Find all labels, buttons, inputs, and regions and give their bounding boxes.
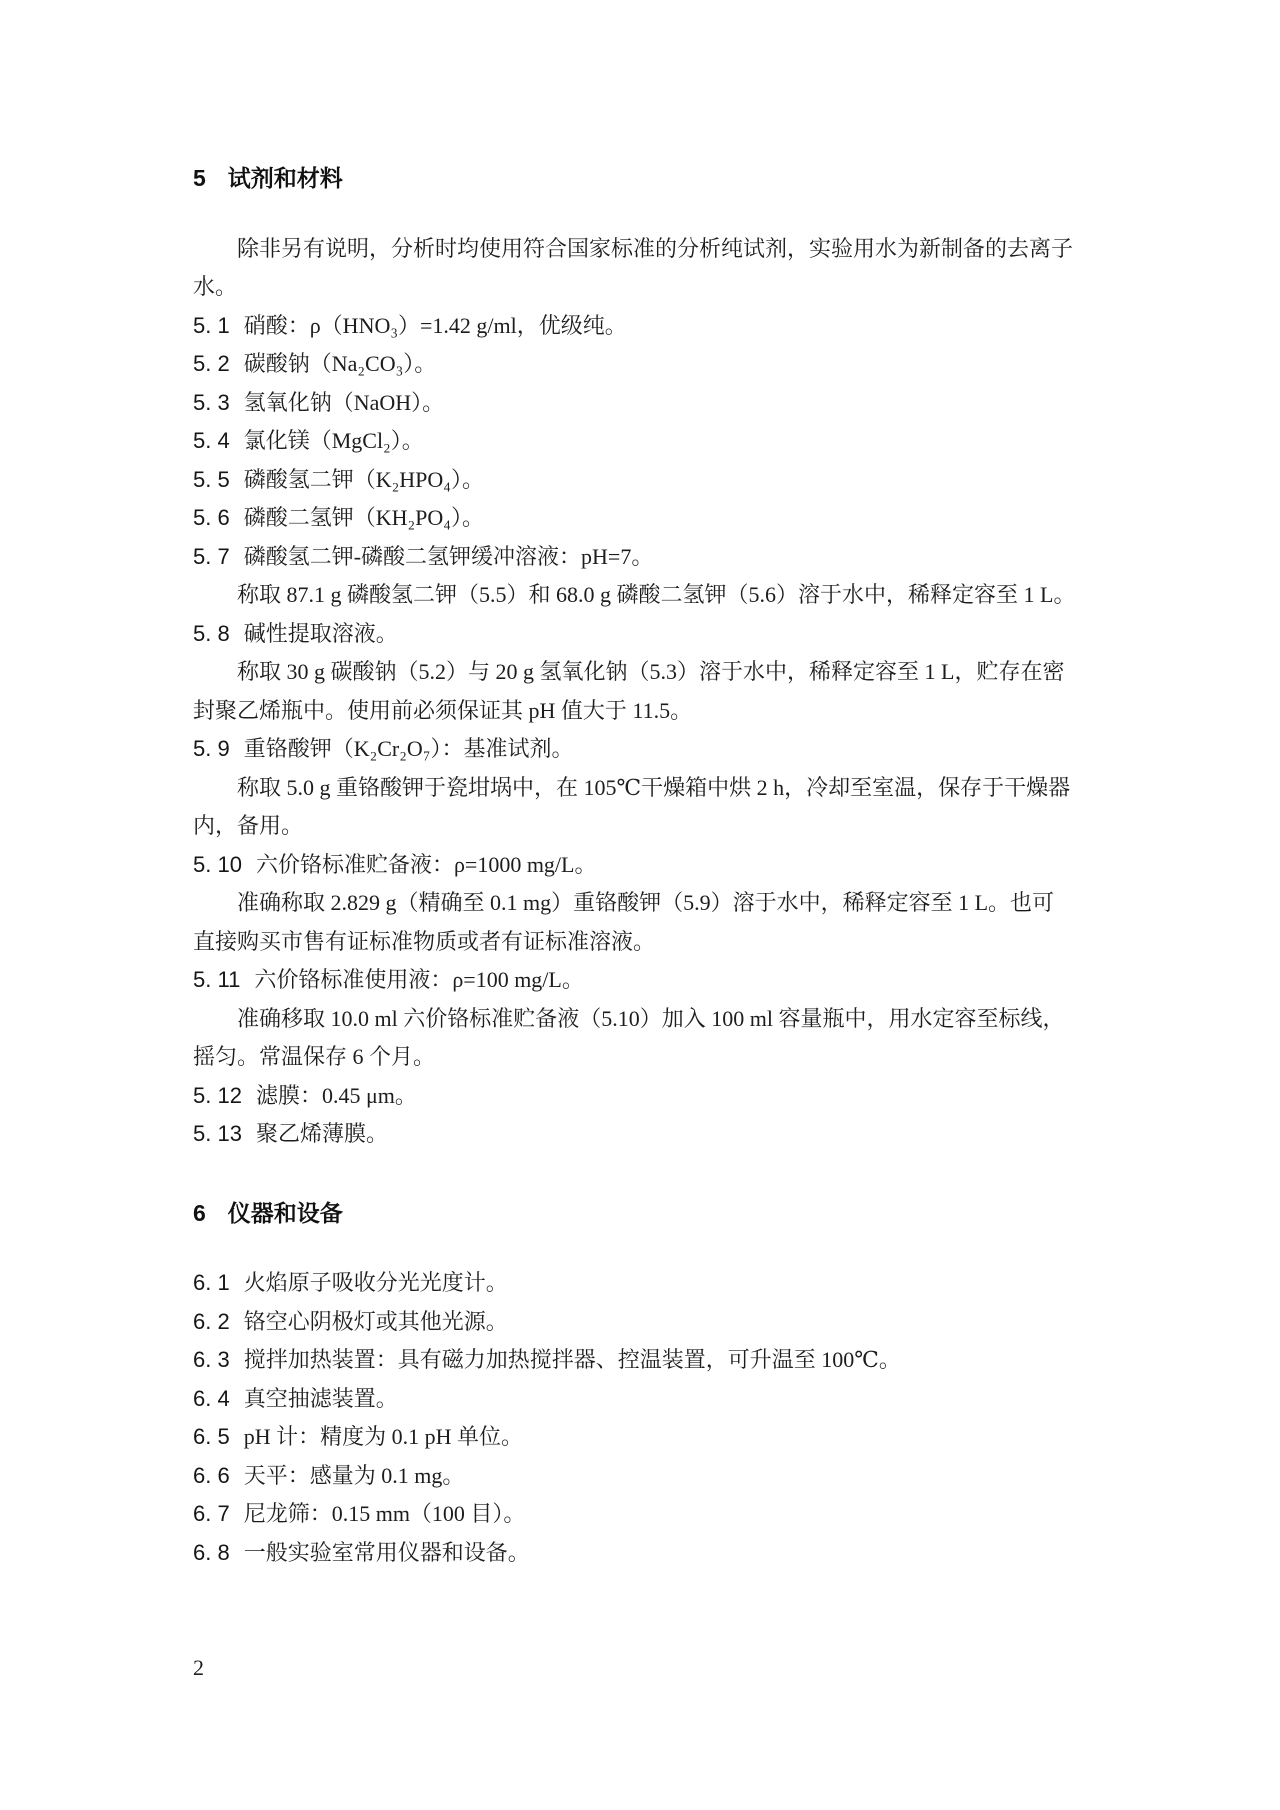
- clause-line: 5. 10六价铬标准贮备液：ρ=1000 mg/L。: [193, 846, 1113, 885]
- clause-number: 5. 11: [193, 967, 240, 992]
- clause-line: 5. 5磷酸氢二钾（K₂HPO₄）。: [193, 461, 1113, 500]
- clause-number: 5. 13: [193, 1121, 242, 1146]
- clause-line: 5. 1硝酸：ρ（HNO₃）=1.42 g/ml，优级纯。: [193, 307, 1113, 346]
- line-text: 直接购买市售有证标准物质或者有证标准溶液。: [193, 929, 655, 954]
- document-page: 5试剂和材料除非另有说明，分析时均使用符合国家标准的分析纯试剂，实验用水为新制备…: [0, 0, 1280, 1810]
- clause-line: 5. 3氢氧化钠（NaOH）。: [193, 384, 1113, 423]
- section-title: 试剂和材料: [228, 165, 343, 191]
- line-text: 称取 5.0 g 重铬酸钾于瓷坩埚中，在 105℃干燥箱中烘 2 h，冷却至室温…: [237, 775, 1070, 800]
- line-text: 硝酸：ρ（HNO₃）=1.42 g/ml，优级纯。: [244, 313, 627, 338]
- clause-number: 6. 6: [193, 1463, 230, 1488]
- line-text: 氢氧化钠（NaOH）。: [244, 390, 444, 415]
- clause-number: 5. 7: [193, 544, 230, 569]
- clause-line: 6. 2铬空心阴极灯或其他光源。: [193, 1303, 1113, 1342]
- section-title: 仪器和设备: [228, 1200, 343, 1226]
- body-line: 称取 30 g 碳酸钠（5.2）与 20 g 氢氧化钠（5.3）溶于水中，稀释定…: [193, 653, 1113, 692]
- section-number: 5: [193, 165, 206, 191]
- clause-line: 5. 13聚乙烯薄膜。: [193, 1115, 1113, 1154]
- line-text: 称取 87.1 g 磷酸氢二钾（5.5）和 68.0 g 磷酸二氢钾（5.6）溶…: [237, 582, 1075, 607]
- line-text: 磷酸二氢钾（KH₂PO₄）。: [244, 505, 484, 530]
- document-body: 5试剂和材料除非另有说明，分析时均使用符合国家标准的分析纯试剂，实验用水为新制备…: [0, 0, 1113, 1572]
- section-number: 6: [193, 1200, 206, 1226]
- line-text: 搅拌加热装置：具有磁力加热搅拌器、控温装置，可升温至 100℃。: [244, 1347, 901, 1372]
- clause-number: 6. 8: [193, 1540, 230, 1565]
- line-text: 重铬酸钾（K₂Cr₂O₇）：基准试剂。: [244, 736, 574, 761]
- clause-number: 5. 2: [193, 351, 230, 376]
- clause-number: 6. 4: [193, 1386, 230, 1411]
- line-text: 火焰原子吸收分光光度计。: [244, 1270, 508, 1295]
- clause-number: 6. 7: [193, 1501, 230, 1526]
- page-number: 2: [193, 1649, 1280, 1688]
- body-line: 除非另有说明，分析时均使用符合国家标准的分析纯试剂，实验用水为新制备的去离子: [193, 230, 1113, 269]
- clause-number: 5. 4: [193, 428, 230, 453]
- line-text: 六价铬标准使用液：ρ=100 mg/L。: [254, 967, 584, 992]
- clause-number: 5. 6: [193, 505, 230, 530]
- clause-number: 5. 1: [193, 313, 230, 338]
- body-line: 摇匀。常温保存 6 个月。: [193, 1038, 1113, 1077]
- clause-line: 6. 1火焰原子吸收分光光度计。: [193, 1264, 1113, 1303]
- clause-line: 6. 5pH 计：精度为 0.1 pH 单位。: [193, 1418, 1113, 1457]
- clause-line: 5. 9重铬酸钾（K₂Cr₂O₇）：基准试剂。: [193, 730, 1113, 769]
- body-line: 准确移取 10.0 ml 六价铬标准贮备液（5.10）加入 100 ml 容量瓶…: [193, 1000, 1113, 1039]
- body-line: 水。: [193, 268, 1113, 307]
- line-text: pH 计：精度为 0.1 pH 单位。: [244, 1424, 523, 1449]
- section-heading: 5试剂和材料: [193, 159, 1113, 198]
- line-text: 滤膜：0.45 μm。: [256, 1083, 417, 1108]
- body-line: 称取 5.0 g 重铬酸钾于瓷坩埚中，在 105℃干燥箱中烘 2 h，冷却至室温…: [193, 769, 1113, 808]
- body-line: 称取 87.1 g 磷酸氢二钾（5.5）和 68.0 g 磷酸二氢钾（5.6）溶…: [193, 576, 1113, 615]
- line-text: 准确称取 2.829 g（精确至 0.1 mg）重铬酸钾（5.9）溶于水中，稀释…: [237, 890, 1054, 915]
- clause-line: 6. 4真空抽滤装置。: [193, 1380, 1113, 1419]
- clause-number: 5. 8: [193, 621, 230, 646]
- clause-line: 5. 2碳酸钠（Na₂CO₃）。: [193, 345, 1113, 384]
- line-text: 封聚乙烯瓶中。使用前必须保证其 pH 值大于 11.5。: [193, 698, 692, 723]
- section-heading: 6仪器和设备: [193, 1194, 1113, 1233]
- line-text: 称取 30 g 碳酸钠（5.2）与 20 g 氢氧化钠（5.3）溶于水中，稀释定…: [237, 659, 1064, 684]
- line-text: 聚乙烯薄膜。: [256, 1121, 388, 1146]
- clause-line: 5. 8碱性提取溶液。: [193, 615, 1113, 654]
- line-text: 磷酸氢二钾（K₂HPO₄）。: [244, 467, 484, 492]
- clause-line: 5. 6磷酸二氢钾（KH₂PO₄）。: [193, 499, 1113, 538]
- line-text: 铬空心阴极灯或其他光源。: [244, 1309, 508, 1334]
- line-text: 内，备用。: [193, 813, 303, 838]
- line-text: 六价铬标准贮备液：ρ=1000 mg/L。: [256, 852, 597, 877]
- clause-number: 6. 2: [193, 1309, 230, 1334]
- clause-number: 6. 5: [193, 1424, 230, 1449]
- line-text: 水。: [193, 274, 237, 299]
- clause-line: 6. 8一般实验室常用仪器和设备。: [193, 1534, 1113, 1573]
- line-text: 除非另有说明，分析时均使用符合国家标准的分析纯试剂，实验用水为新制备的去离子: [237, 236, 1073, 261]
- line-text: 磷酸氢二钾-磷酸二氢钾缓冲溶液：pH=7。: [244, 544, 654, 569]
- clause-line: 6. 3搅拌加热装置：具有磁力加热搅拌器、控温装置，可升温至 100℃。: [193, 1341, 1113, 1380]
- line-text: 碳酸钠（Na₂CO₃）。: [244, 351, 437, 376]
- line-text: 氯化镁（MgCl₂）。: [244, 428, 424, 453]
- line-text: 尼龙筛：0.15 mm（100 目）。: [244, 1501, 526, 1526]
- body-line: 直接购买市售有证标准物质或者有证标准溶液。: [193, 923, 1113, 962]
- body-line: 封聚乙烯瓶中。使用前必须保证其 pH 值大于 11.5。: [193, 692, 1113, 731]
- clause-number: 5. 3: [193, 390, 230, 415]
- line-text: 摇匀。常温保存 6 个月。: [193, 1044, 435, 1069]
- line-text: 一般实验室常用仪器和设备。: [244, 1540, 530, 1565]
- line-text: 真空抽滤装置。: [244, 1386, 398, 1411]
- body-line: 内，备用。: [193, 807, 1113, 846]
- line-text: 碱性提取溶液。: [244, 621, 398, 646]
- clause-number: 6. 3: [193, 1347, 230, 1372]
- body-line: 准确称取 2.829 g（精确至 0.1 mg）重铬酸钾（5.9）溶于水中，稀释…: [193, 884, 1113, 923]
- clause-number: 5. 12: [193, 1083, 242, 1108]
- clause-line: 5. 12滤膜：0.45 μm。: [193, 1077, 1113, 1116]
- clause-line: 5. 4氯化镁（MgCl₂）。: [193, 422, 1113, 461]
- line-text: 天平：感量为 0.1 mg。: [244, 1463, 465, 1488]
- clause-line: 6. 6天平：感量为 0.1 mg。: [193, 1457, 1113, 1496]
- clause-number: 5. 10: [193, 852, 242, 877]
- clause-number: 5. 5: [193, 467, 230, 492]
- line-text: 准确移取 10.0 ml 六价铬标准贮备液（5.10）加入 100 ml 容量瓶…: [237, 1006, 1064, 1031]
- clause-line: 5. 11六价铬标准使用液：ρ=100 mg/L。: [193, 961, 1113, 1000]
- clause-line: 5. 7磷酸氢二钾-磷酸二氢钾缓冲溶液：pH=7。: [193, 538, 1113, 577]
- clause-line: 6. 7尼龙筛：0.15 mm（100 目）。: [193, 1495, 1113, 1534]
- clause-number: 6. 1: [193, 1270, 230, 1295]
- clause-number: 5. 9: [193, 736, 230, 761]
